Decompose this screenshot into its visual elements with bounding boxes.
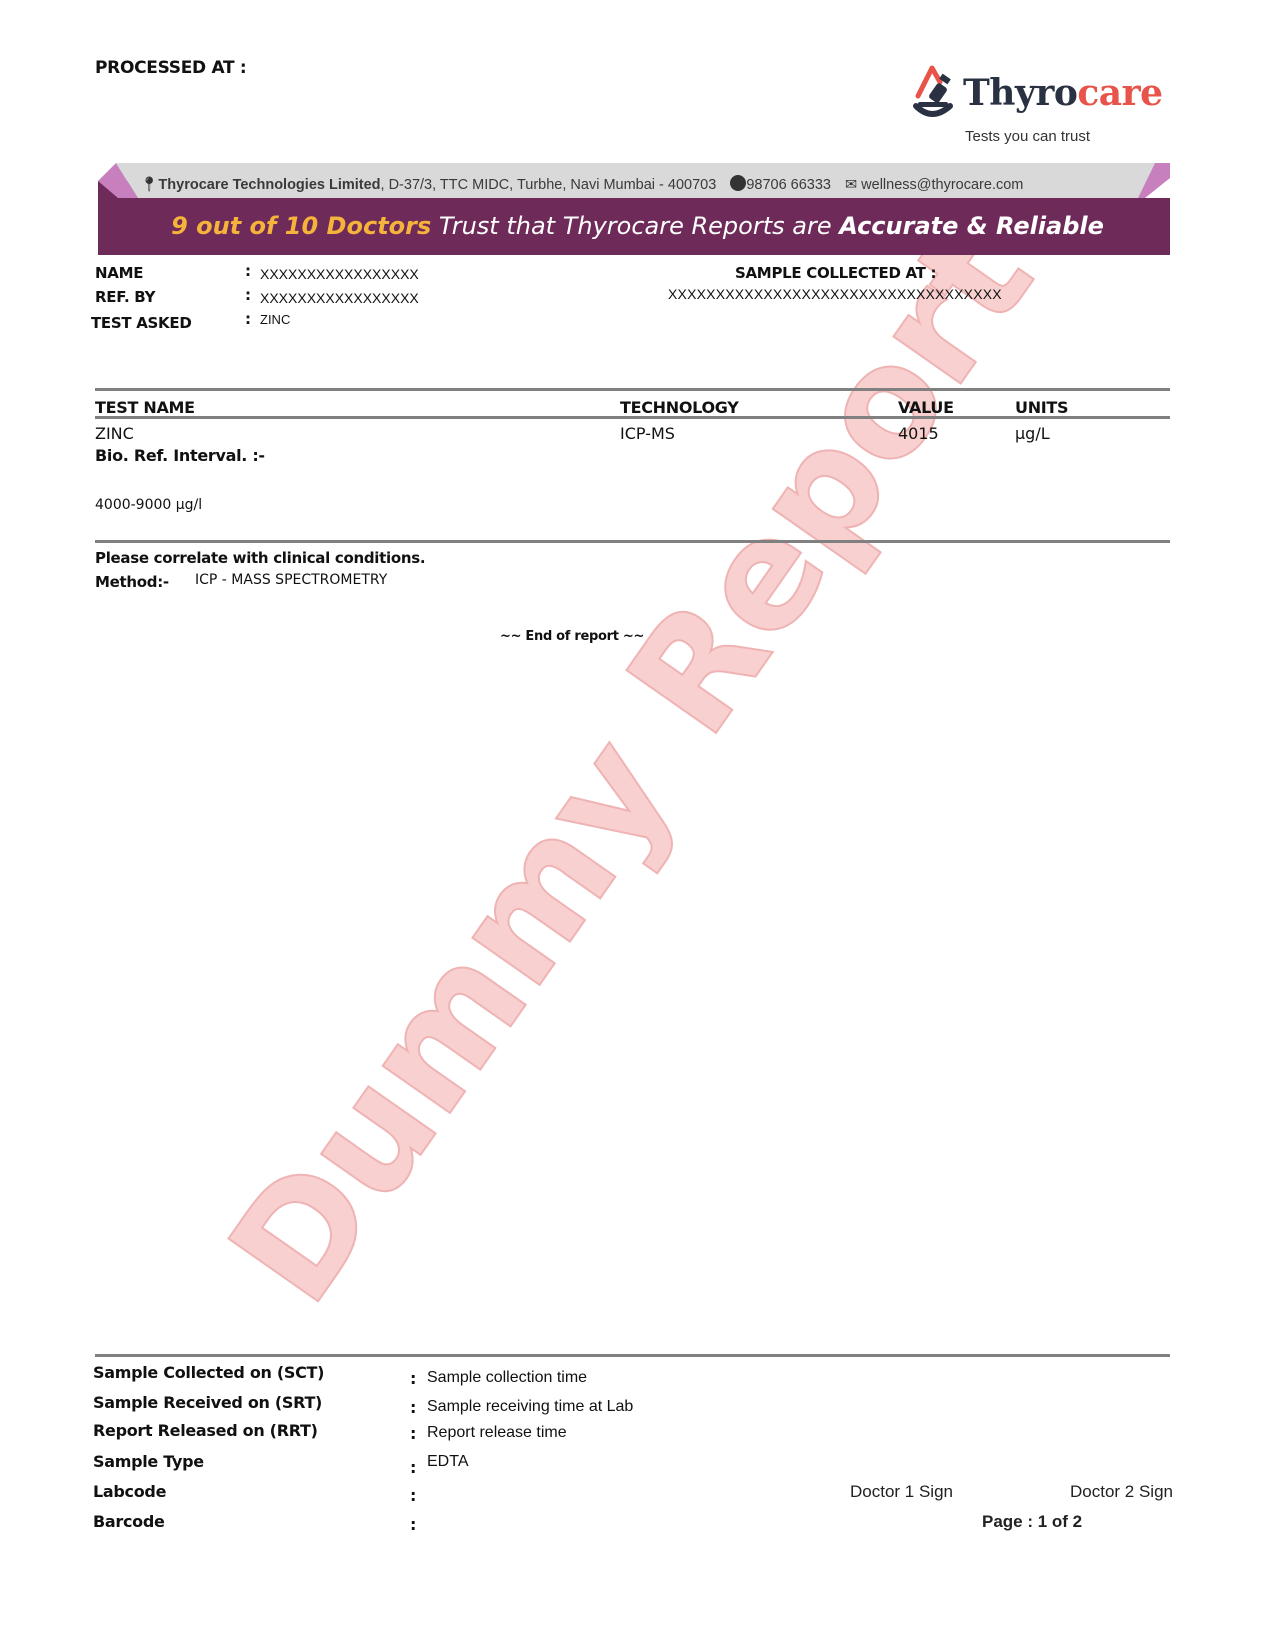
end-of-report: ~~ End of report ~~	[500, 629, 644, 644]
table-header-rule	[95, 416, 1170, 419]
test-asked-label: TEST ASKED	[91, 314, 191, 332]
company-address: , D-37/3, TTC MIDC, Turbhe, Navi Mumbai …	[381, 177, 717, 193]
cell-value: 4015	[898, 424, 939, 443]
bio-ref-value: 4000-9000 µg/l	[95, 497, 202, 513]
ref-by-value: XXXXXXXXXXXXXXXXX	[260, 290, 419, 306]
srt-value: Sample receiving time at Lab	[427, 1398, 633, 1416]
contact-bar: 📍︎Thyrocare Technologies Limited, D-37/3…	[140, 175, 1023, 193]
thyrocare-logo-icon	[910, 62, 960, 122]
barcode-label: Barcode	[93, 1512, 165, 1531]
sample-type-label: Sample Type	[93, 1452, 204, 1471]
doctor-2-sign: Doctor 2 Sign	[1070, 1482, 1173, 1502]
rrt-colon: :	[410, 1424, 416, 1443]
table-top-rule	[95, 388, 1170, 391]
processed-at-label: PROCESSED AT :	[95, 58, 246, 78]
name-label: NAME	[95, 264, 143, 282]
slogan-middle: Trust that Thyrocare Reports are	[431, 212, 839, 240]
name-colon: :	[245, 262, 251, 280]
test-asked-value: ZINC	[260, 312, 290, 327]
col-header-value: VALUE	[898, 398, 954, 417]
srt-label: Sample Received on (SRT)	[93, 1393, 322, 1412]
col-header-test-name: TEST NAME	[95, 398, 195, 417]
labcode-colon: :	[410, 1486, 416, 1505]
ref-by-label: REF. BY	[95, 288, 155, 306]
results-bottom-rule	[95, 540, 1170, 543]
envelope-icon: ✉	[845, 177, 857, 193]
sct-label: Sample Collected on (SCT)	[93, 1363, 324, 1382]
brand-name: Thyrocare	[963, 72, 1162, 114]
brand-name-part1: Thyro	[963, 72, 1077, 114]
email-address[interactable]: wellness@thyrocare.com	[861, 177, 1023, 193]
brand-name-part2: care	[1077, 72, 1162, 114]
ref-by-colon: :	[245, 286, 251, 304]
sample-type-colon: :	[410, 1458, 416, 1477]
whatsapp-icon	[730, 175, 746, 191]
phone-number[interactable]: 98706 66333	[746, 177, 831, 193]
slogan-emphasis: Accurate & Reliable	[839, 212, 1104, 240]
company-name: Thyrocare Technologies Limited	[158, 177, 380, 193]
name-value: XXXXXXXXXXXXXXXXX	[260, 266, 419, 282]
sct-value: Sample collection time	[427, 1369, 587, 1387]
test-asked-colon: :	[245, 310, 251, 328]
labcode-label: Labcode	[93, 1482, 166, 1501]
cell-units: µg/L	[1015, 424, 1050, 443]
doctor-1-sign: Doctor 1 Sign	[850, 1482, 953, 1502]
watermark-text: Dummy Report	[197, 195, 1066, 1333]
col-header-units: UNITS	[1015, 398, 1068, 417]
method-value: ICP - MASS SPECTROMETRY	[195, 572, 387, 588]
rrt-value: Report release time	[427, 1424, 567, 1442]
map-pin-icon: 📍︎	[140, 177, 158, 193]
rrt-label: Report Released on (RRT)	[93, 1421, 318, 1440]
sample-collected-at-label: SAMPLE COLLECTED AT :	[735, 264, 936, 282]
sample-collected-at-value: XXXXXXXXXXXXXXXXXXXXXXXXXXXXXXXXXXX	[668, 286, 1002, 302]
srt-colon: :	[410, 1398, 416, 1417]
cell-test-name: ZINC	[95, 424, 134, 443]
brand-tagline: Tests you can trust	[965, 128, 1090, 145]
sct-colon: :	[410, 1369, 416, 1388]
banner-slogan: 9 out of 10 Doctors Trust that Thyrocare…	[0, 212, 1275, 240]
page-number: Page : 1 of 2	[982, 1512, 1082, 1532]
col-header-technology: TECHNOLOGY	[620, 398, 739, 417]
bio-ref-label: Bio. Ref. Interval. :-	[95, 446, 265, 465]
footer-top-rule	[95, 1354, 1170, 1357]
slogan-highlight: 9 out of 10 Doctors	[171, 212, 431, 240]
method-label: Method:-	[95, 573, 169, 591]
barcode-colon: :	[410, 1515, 416, 1534]
cell-technology: ICP-MS	[620, 424, 675, 443]
clinical-note: Please correlate with clinical condition…	[95, 549, 425, 567]
sample-type-value: EDTA	[427, 1453, 468, 1471]
